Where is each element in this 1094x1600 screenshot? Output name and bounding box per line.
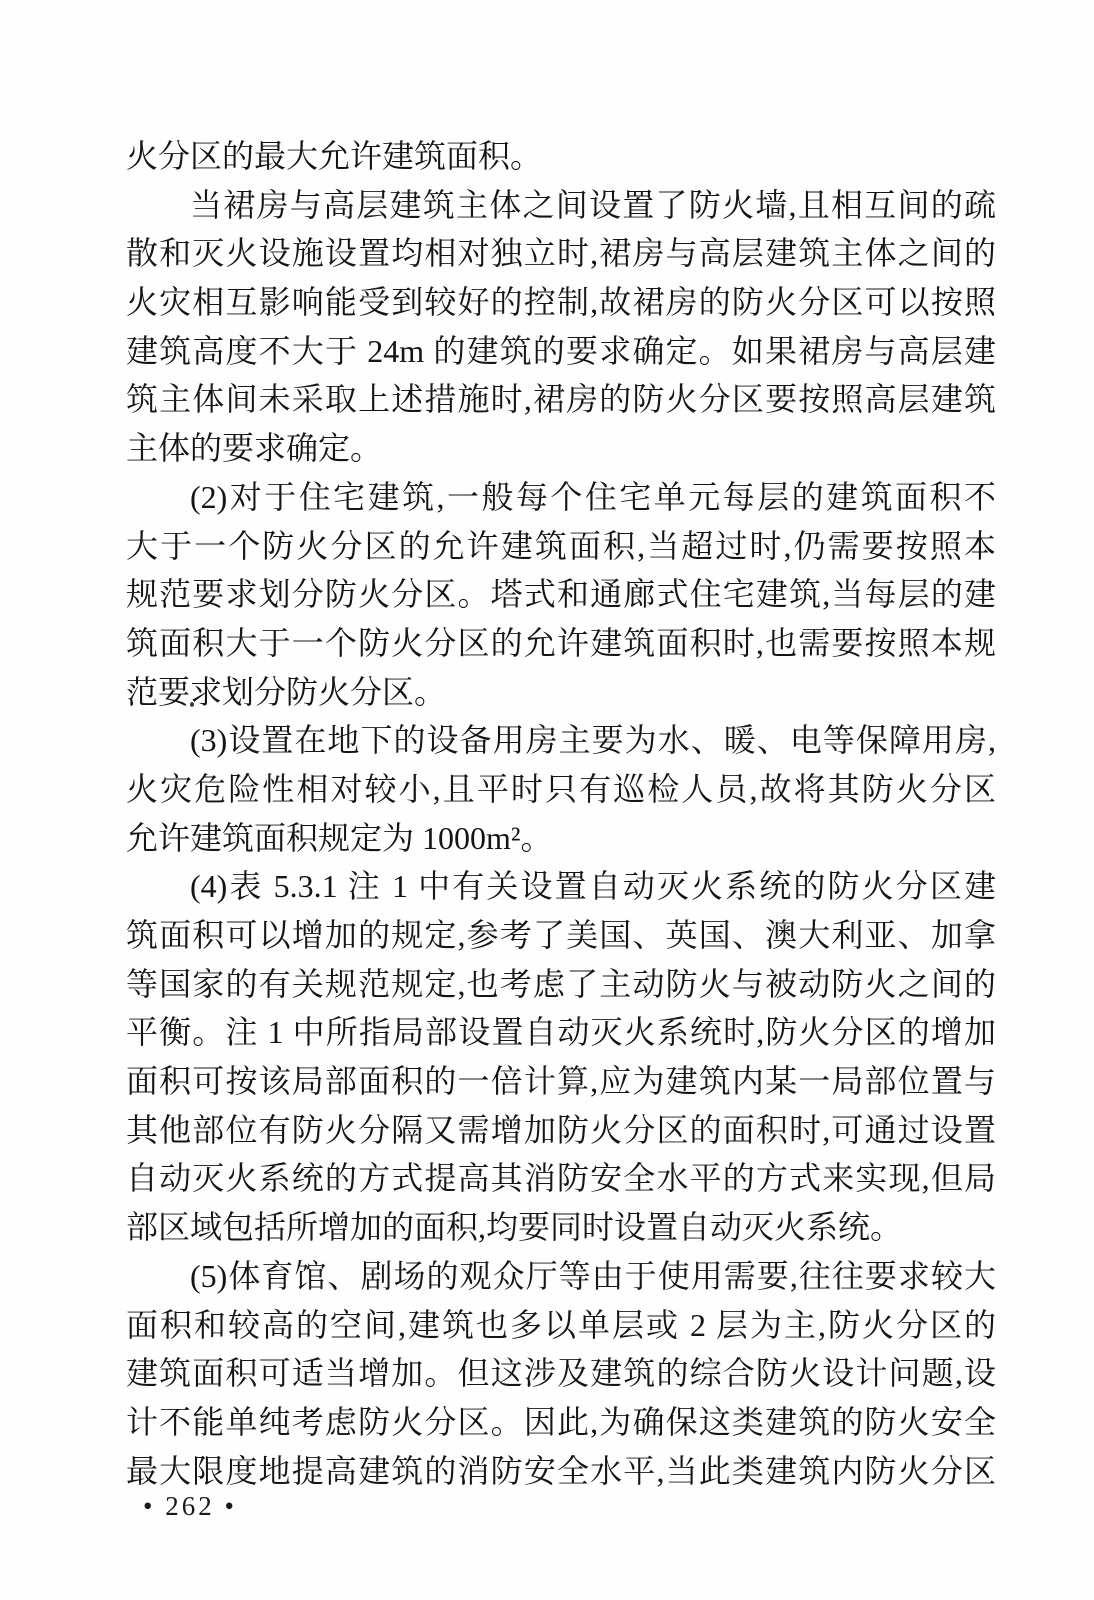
paragraph: (3)设置在地下的设备用房主要为水、暖、电等保障用房,火灾危险性相对较小,且平时… <box>126 716 996 862</box>
text-line: (3)设置在地下的设备用房主要为水、暖、电等保障用房, <box>126 716 996 765</box>
text-line: 等国家的有关规范规定,也考虑了主动防火与被动防火之间的 <box>126 960 996 1009</box>
scan-artifact-dot <box>190 702 194 707</box>
text-line: 大于一个防火分区的允许建筑面积,当超过时,仍需要按照本 <box>126 522 996 571</box>
document-page: 火分区的最大允许建筑面积。当裙房与高层建筑主体之间设置了防火墙,且相互间的疏散和… <box>0 0 1094 1600</box>
text-line: 最大限度地提高建筑的消防安全水平,当此类建筑内防火分区 <box>126 1447 996 1496</box>
text-line: 火灾危险性相对较小,且平时只有巡检人员,故将其防火分区 <box>126 765 996 814</box>
text-line: (5)体育馆、剧场的观众厅等由于使用需要,往往要求较大 <box>126 1252 996 1301</box>
text-block: 火分区的最大允许建筑面积。当裙房与高层建筑主体之间设置了防火墙,且相互间的疏散和… <box>126 132 996 1495</box>
text-line: (2)对于住宅建筑,一般每个住宅单元每层的建筑面积不 <box>126 473 996 522</box>
text-line: 火灾相互影响能受到较好的控制,故裙房的防火分区可以按照 <box>126 278 996 327</box>
text-line: 平衡。注 1 中所指局部设置自动灭火系统时,防火分区的增加 <box>126 1008 996 1057</box>
text-line: 散和灭火设施设置均相对独立时,裙房与高层建筑主体之间的 <box>126 229 996 278</box>
paragraph: (2)对于住宅建筑,一般每个住宅单元每层的建筑面积不大于一个防火分区的允许建筑面… <box>126 473 996 716</box>
text-line: 自动灭火系统的方式提高其消防安全水平的方式来实现,但局 <box>126 1154 996 1203</box>
text-line: (4)表 5.3.1 注 1 中有关设置自动灭火系统的防火分区建 <box>126 862 996 911</box>
text-line: 建筑面积可适当增加。但这涉及建筑的综合防火设计问题,设 <box>126 1349 996 1398</box>
text-line: 面积和较高的空间,建筑也多以单层或 2 层为主,防火分区的 <box>126 1301 996 1350</box>
text-line: 筑面积可以增加的规定,参考了美国、英国、澳大利亚、加拿大 <box>126 911 996 960</box>
text-line: 范要求划分防火分区。 <box>126 668 996 717</box>
page-number: • 262 • <box>143 1491 237 1521</box>
text-line: 当裙房与高层建筑主体之间设置了防火墙,且相互间的疏 <box>126 181 996 230</box>
text-line: 规范要求划分防火分区。塔式和通廊式住宅建筑,当每层的建 <box>126 570 996 619</box>
paragraph: (4)表 5.3.1 注 1 中有关设置自动灭火系统的防火分区建筑面积可以增加的… <box>126 862 996 1252</box>
paragraph: 火分区的最大允许建筑面积。 <box>126 132 996 181</box>
paragraph: 当裙房与高层建筑主体之间设置了防火墙,且相互间的疏散和灭火设施设置均相对独立时,… <box>126 181 996 473</box>
text-line: 建筑高度不大于 24m 的建筑的要求确定。如果裙房与高层建 <box>126 327 996 376</box>
text-line: 其他部位有防火分隔又需增加防火分区的面积时,可通过设置 <box>126 1106 996 1155</box>
text-line: 部区域包括所增加的面积,均要同时设置自动灭火系统。 <box>126 1203 996 1252</box>
text-line: 计不能单纯考虑防火分区。因此,为确保这类建筑的防火安全 <box>126 1398 996 1447</box>
text-line: 允许建筑面积规定为 1000m²。 <box>126 814 996 863</box>
text-line: 主体的要求确定。 <box>126 424 996 473</box>
text-line: 面积可按该局部面积的一倍计算,应为建筑内某一局部位置与 <box>126 1057 996 1106</box>
text-line: 筑主体间未采取上述措施时,裙房的防火分区要按照高层建筑 <box>126 375 996 424</box>
text-line: 筑面积大于一个防火分区的允许建筑面积时,也需要按照本规 <box>126 619 996 668</box>
text-line: 火分区的最大允许建筑面积。 <box>126 132 996 181</box>
page-footer: • 262 • <box>143 1490 237 1522</box>
paragraph: (5)体育馆、剧场的观众厅等由于使用需要,往往要求较大面积和较高的空间,建筑也多… <box>126 1252 996 1495</box>
